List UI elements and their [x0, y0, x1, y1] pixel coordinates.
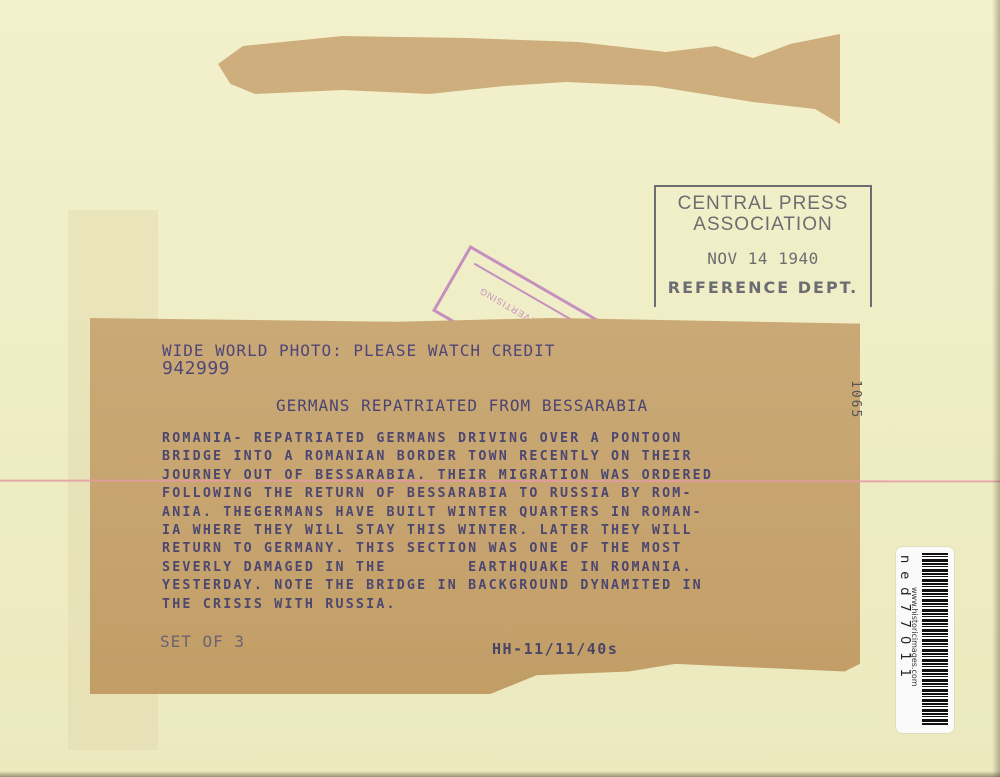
- caption-line: RETURN TO GERMANY. THIS SECTION WAS ONE …: [162, 540, 842, 558]
- caption-header: WIDE WORLD PHOTO: PLEASE WATCH CREDIT 94…: [162, 342, 862, 378]
- caption-line: JOURNEY OUT OF BESSARABIA. THEIR MIGRATI…: [162, 467, 842, 485]
- barcode-url: www.historicimages.com: [910, 587, 919, 687]
- caption-line: BRIDGE INTO A ROMANIAN BORDER TOWN RECEN…: [162, 448, 842, 466]
- caption-line: IA WHERE THEY WILL STAY THIS WINTER. LAT…: [162, 522, 842, 540]
- paper-edge-right: [992, 0, 1000, 777]
- caption-line: ANIA. THEGERMANS HAVE BUILT WINTER QUART…: [162, 504, 842, 522]
- central-press-stamp: CENTRAL PRESS ASSOCIATION NOV 14 1940 RE…: [654, 185, 872, 307]
- caption-body: ROMANIA- REPATRIATED GERMANS DRIVING OVE…: [162, 430, 842, 614]
- caption-headline: GERMANS REPATRIATED FROM BESSARABIA: [276, 396, 648, 415]
- barcode-icon: [922, 553, 948, 725]
- dispatch-code: HH-11/11/40s: [492, 640, 618, 658]
- stamp-line-1: CENTRAL PRESS: [656, 193, 870, 214]
- credit-line: WIDE WORLD PHOTO: PLEASE WATCH CREDIT: [162, 342, 862, 360]
- reference-number: 942999: [162, 360, 862, 378]
- caption-line: THE CRISIS WITH RUSSIA.: [162, 596, 842, 614]
- set-note: SET OF 3: [160, 632, 245, 651]
- caption-line: YESTERDAY. NOTE THE BRIDGE IN BACKGROUND…: [162, 577, 842, 595]
- caption-line: FOLLOWING THE RETURN OF BESSARABIA TO RU…: [162, 485, 842, 503]
- stamp-date: NOV 14 1940: [656, 249, 870, 268]
- caption-line: ROMANIA- REPATRIATED GERMANS DRIVING OVE…: [162, 430, 842, 448]
- side-number: 1065: [848, 380, 863, 419]
- caption-line: SEVERLY DAMAGED IN THE EARTHQUAKE IN ROM…: [162, 559, 842, 577]
- barcode-sticker: ned77011 www.historicimages.com: [896, 547, 954, 733]
- paper-edge-bottom: [0, 771, 1000, 777]
- stamp-dept: REFERENCE DEPT.: [656, 278, 870, 297]
- stamp-line-2: ASSOCIATION: [656, 214, 870, 235]
